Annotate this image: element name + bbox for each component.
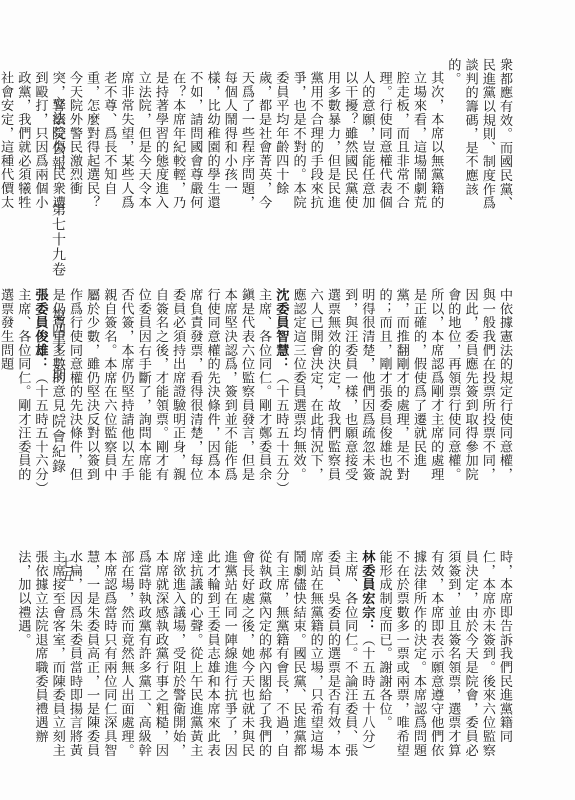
- paragraph-text: 時，本席即告訴我們民進黨籍同仁，本席亦未簽到。後來六位監察員決定，由於今天是院會…: [377, 550, 512, 757]
- speaker-name: 沈委員智慧：: [273, 288, 288, 371]
- paragraph: 沈委員智慧：（十五時五十五分）主席、各位同仁。剛才鄭委員余鎭是代表六位監察員發言…: [49, 288, 290, 494]
- page-number: 七五: [56, 556, 75, 582]
- publication-title: 立法院公報: [50, 96, 66, 171]
- speaker-name: 林委員宏宗：: [359, 550, 374, 633]
- paragraph: 衆都應有效。而國民黨、民進黨以規則、制度作爲談判的籌碼，是不應該的。: [444, 58, 513, 218]
- gazette-page: 衆都應有效。而國民黨、民進黨以規則、制度作爲談判的籌碼，是不應該的。 其次，本席…: [0, 0, 575, 800]
- paragraph-text: 中依據憲法的規定行使同意權，與一般我們在投票所投票不同，因此，委員應先簽到取得參…: [291, 288, 512, 481]
- volume-label: 第七十九卷: [50, 202, 66, 277]
- paragraph-text: （十五時五十五分）主席、各位同仁。剛才鄭委員余鎭是代表六位監察員發言，但是本席堅…: [50, 288, 289, 488]
- paragraph: 時，本席即告訴我們民進黨籍同仁，本席亦未簽到。後來六位監察員決定，由於今天是院會…: [375, 550, 513, 760]
- text-band-top: 衆都應有效。而國民黨、民進黨以規則、制度作爲談判的籌碼，是不應該的。 其次，本席…: [53, 58, 513, 218]
- text-band-bottom: 時，本席即告訴我們民進黨籍同仁，本席亦未簽到。後來六位監察員決定，由於今天是院會…: [53, 550, 513, 760]
- paragraph-text: 衆都應有效。而國民黨、民進黨以規則、制度作爲談判的籌碼，是不應該的。: [445, 58, 512, 210]
- paragraph: 中依據憲法的規定行使同意權，與一般我們在投票所投票不同，因此，委員應先簽到取得參…: [289, 288, 513, 494]
- speaker-name: 張委員俊雄：: [33, 288, 48, 371]
- paragraph: 張委員俊雄：（十五時五十六分）主席、各位同仁。剛才汪委員的選票發生問題: [0, 288, 49, 494]
- running-header: 立法院公報 第七十九卷 第四十三期 院會紀錄: [48, 96, 68, 474]
- section-label: 院會紀錄: [50, 414, 66, 474]
- text-band-middle: 中依據憲法的規定行使同意權，與一般我們在投票所投票不同，因此，委員應先簽到取得參…: [53, 288, 513, 494]
- issue-label: 第四十三期: [50, 308, 66, 383]
